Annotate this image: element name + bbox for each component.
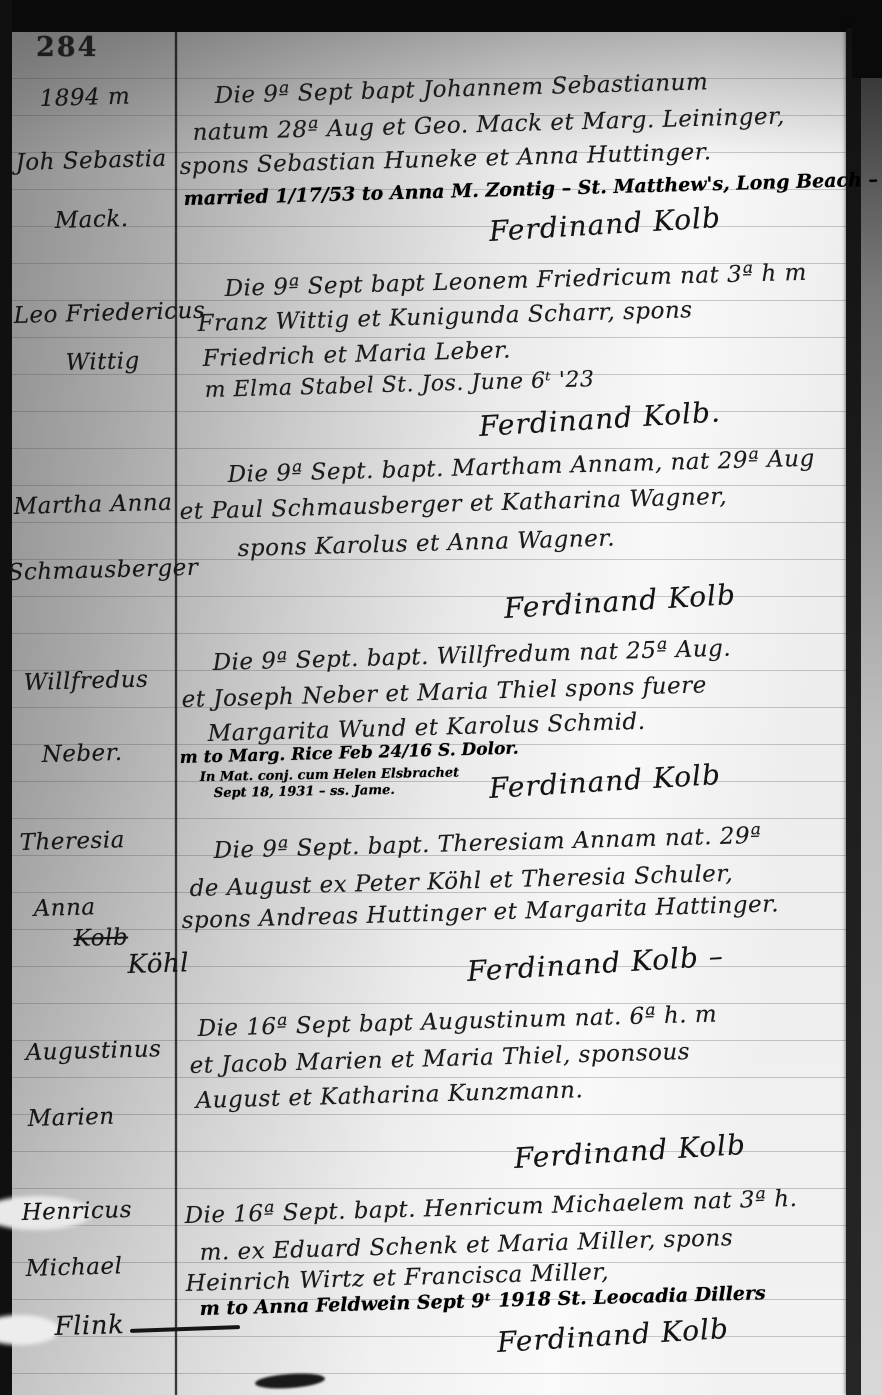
entry6-margin-surname: Marien <box>27 1104 115 1132</box>
entry4-marriage-note3: Sept 18, 1931 – ss. Jame. <box>214 783 395 801</box>
entry7-margin-name: Henricus <box>21 1197 132 1226</box>
entry2-margin-name: Leo Friedericus <box>13 298 205 329</box>
entry5-margin-surname-corrected: Köhl <box>127 948 189 980</box>
entry7-margin-middlename: Michael <box>25 1253 122 1282</box>
book-gutter-shadow <box>846 28 861 1395</box>
entry3-margin-surname: Schmausberger <box>7 555 198 586</box>
entry4-margin-surname: Neber. <box>41 740 123 768</box>
entry1-margin-name: Joh Sebastia <box>15 146 167 176</box>
scan-border-left <box>0 0 12 1395</box>
entry5-margin-surname-struck: Kolb <box>73 924 128 952</box>
entry7-margin-surname: Flink <box>54 1310 124 1342</box>
entry5-margin-middlename: Anna <box>33 894 96 922</box>
adjacent-page-edge <box>861 28 882 1395</box>
margin-rule-line <box>175 30 177 1395</box>
entry5-margin-name: Theresia <box>19 827 125 856</box>
entry1-margin-surname: Mack. <box>54 206 129 234</box>
entry1-margin-year: 1894 m <box>39 83 130 112</box>
entry3-margin-name: Martha Anna <box>13 490 172 520</box>
entry2-margin-surname: Wittig <box>65 348 140 376</box>
scan-border-top <box>0 0 882 32</box>
entry6-margin-name: Augustinus <box>25 1036 161 1066</box>
scan-corner-top-right <box>852 0 882 78</box>
register-scan: 284 1894 m Joh Sebastia Mack. Die 9ª Sep… <box>0 0 882 1395</box>
page-number: 284 <box>36 32 98 63</box>
entry4-margin-name: Willfredus <box>23 667 148 696</box>
